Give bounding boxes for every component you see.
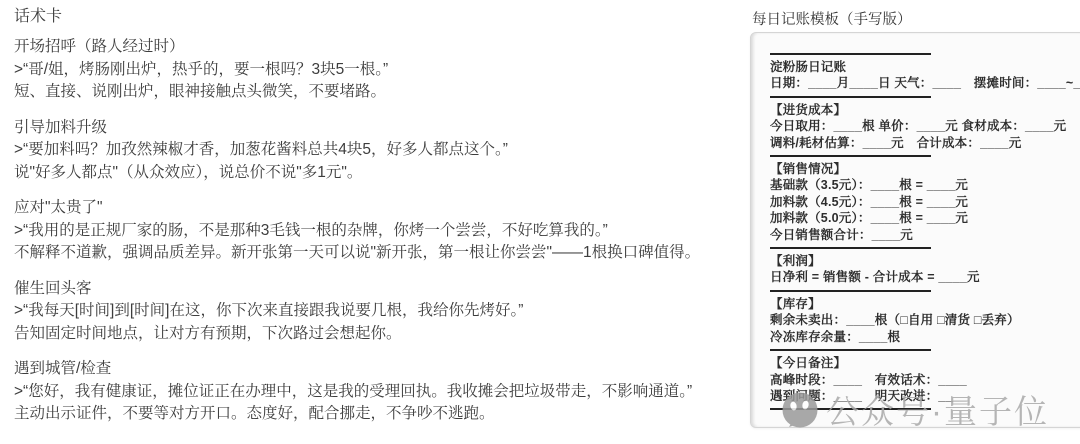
divider (770, 53, 931, 55)
ledger-line: 冷冻库存余量：____根 (770, 329, 1080, 345)
ledger-line: 调料/耗材估算：____元 合计成本：____元 (770, 135, 1080, 151)
script-section-too-expensive: 应对"太贵了" >“我用的是正规厂家的肠，不是那种3毛钱一根的杂牌，你烤一个尝尝… (14, 197, 734, 265)
script-section-upsell: 引导加料升级 >“要加料吗？加孜然辣椒才香，加葱花酱料总共4块5，好多人都点这个… (14, 117, 734, 185)
section-heading-profit: 【利润】 (770, 253, 1080, 269)
script-tip: 说"好多人都点"（从众效应），说总价不说"多1元"。 (14, 162, 734, 185)
script-tip: 告知固定时间地点，让对方有预期，下次路过会想起你。 (14, 323, 734, 346)
daily-ledger-card: 淀粉肠日记账 日期：____月____日 天气：____ 摆摊时间：____~_… (750, 32, 1080, 428)
script-quote: >“要加料吗？加孜然辣椒才香，加葱花酱料总共4块5，好多人都点这个。” (14, 139, 734, 162)
ledger-title: 淀粉肠日记账 (770, 59, 1080, 75)
page: { "page": { "background": "#ffffff", "bo… (0, 0, 1080, 444)
ledger-line: 加料款（5.0元）：____根 = ____元 (770, 210, 1080, 226)
section-heading-sales: 【销售情况】 (770, 161, 1080, 177)
divider (770, 155, 931, 157)
divider (770, 247, 931, 249)
section-heading-purchase-cost: 【进货成本】 (770, 102, 1080, 118)
script-tip: 短、直接、说刚出炉，眼神接触点头微笑，不要堵路。 (14, 81, 734, 104)
ledger-line: 加料款（4.5元）：____根 = ____元 (770, 194, 1080, 210)
script-quote: >“您好，我有健康证，摊位证正在办理中，这是我的受理回执。我收摊会把垃圾带走，不… (14, 381, 734, 404)
ledger-line: 今日取用：____根 单价：____元 食材成本：____元 (770, 118, 1080, 134)
script-quote: >“哥/姐，烤肠刚出炉，热乎的，要一根吗？3块5一根。” (14, 59, 734, 82)
ledger-line: 遇到问题：____ 明天改进：____ (770, 388, 1080, 404)
section-heading-notes: 【今日备注】 (770, 355, 1080, 371)
ledger-line: 高峰时段：____ 有效话术：____ (770, 372, 1080, 388)
section-heading: 应对"太贵了" (14, 197, 734, 220)
script-section-inspection: 遇到城管/检查 >“您好，我有健康证，摊位证正在办理中，这是我的受理回执。我收摊… (14, 358, 734, 426)
ledger-line: 今日销售额合计：____元 (770, 227, 1080, 243)
section-heading: 催生回头客 (14, 278, 734, 301)
ledger-template-title: 每日记账模板（手写版） (752, 8, 912, 29)
script-tip: 主动出示证件，不要等对方开口。态度好，配合挪走，不争吵不逃跑。 (14, 403, 734, 426)
ledger-line: 剩余未卖出：____根（□自用 □清货 □丢弃） (770, 312, 1080, 328)
divider (770, 290, 931, 292)
section-heading: 引导加料升级 (14, 117, 734, 140)
ledger-line: 日净利 = 销售额 - 合计成本 = ____元 (770, 269, 1080, 285)
section-heading: 开场招呼（路人经过时） (14, 36, 734, 59)
ledger-meta-line: 日期：____月____日 天气：____ 摆摊时间：____~____ (770, 75, 1080, 91)
divider (770, 349, 931, 351)
section-heading: 遇到城管/检查 (14, 358, 734, 381)
divider (770, 408, 931, 410)
divider (770, 96, 931, 98)
script-card-panel: 话术卡 开场招呼（路人经过时） >“哥/姐，烤肠刚出炉，热乎的，要一根吗？3块5… (14, 6, 734, 439)
script-quote: >“我每天[时间]到[时间]在这，你下次来直接跟我说要几根，我给你先烤好。” (14, 300, 734, 323)
script-tip: 不解释不道歉，强调品质差异。新开张第一天可以说"新开张，第一根让你尝尝"——1根… (14, 242, 734, 265)
section-heading-inventory: 【库存】 (770, 296, 1080, 312)
script-section-greeting: 开场招呼（路人经过时） >“哥/姐，烤肠刚出炉，热乎的，要一根吗？3块5一根。”… (14, 36, 734, 104)
page-title: 话术卡 (14, 6, 734, 28)
ledger-line: 基础款（3.5元）：____根 = ____元 (770, 177, 1080, 193)
script-section-repeat-customers: 催生回头客 >“我每天[时间]到[时间]在这，你下次来直接跟我说要几根，我给你先… (14, 278, 734, 346)
script-quote: >“我用的是正规厂家的肠，不是那种3毛钱一根的杂牌，你烤一个尝尝，不好吃算我的。… (14, 220, 734, 243)
